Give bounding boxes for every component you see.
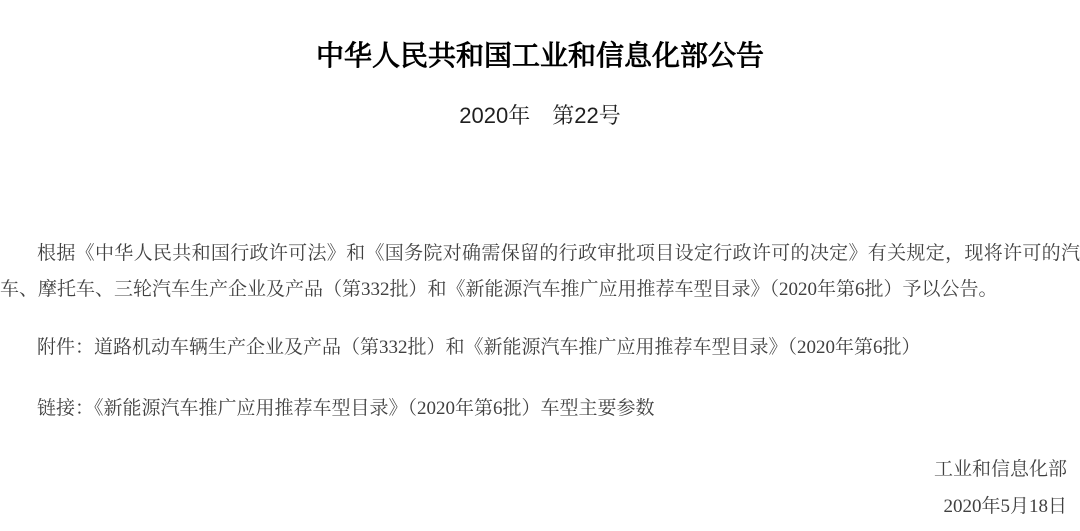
document-title: 中华人民共和国工业和信息化部公告 (0, 39, 1080, 72)
signature-issuer: 工业和信息化部 (934, 451, 1067, 488)
body-paragraph: 根据《中华人民共和国行政许可法》和《国务院对确需保留的行政审批项目设定行政许可的… (0, 236, 1080, 308)
announcement-page: 中华人民共和国工业和信息化部公告 2020年 第22号 根据《中华人民共和国行政… (0, 0, 1080, 531)
link-line: 链接：《新能源汽车推广应用推荐车型目录》（2020年第6批）车型主要参数 (0, 391, 1080, 427)
signature-date: 2020年5月18日 (934, 488, 1067, 525)
signature-block: 工业和信息化部 2020年5月18日 (934, 451, 1067, 525)
document-body: 根据《中华人民共和国行政许可法》和《国务院对确需保留的行政审批项目设定行政许可的… (0, 236, 1080, 427)
attachment-line: 附件：道路机动车辆生产企业及产品（第332批）和《新能源汽车推广应用推荐车型目录… (0, 330, 1080, 366)
issue-number: 2020年 第22号 (0, 103, 1080, 129)
